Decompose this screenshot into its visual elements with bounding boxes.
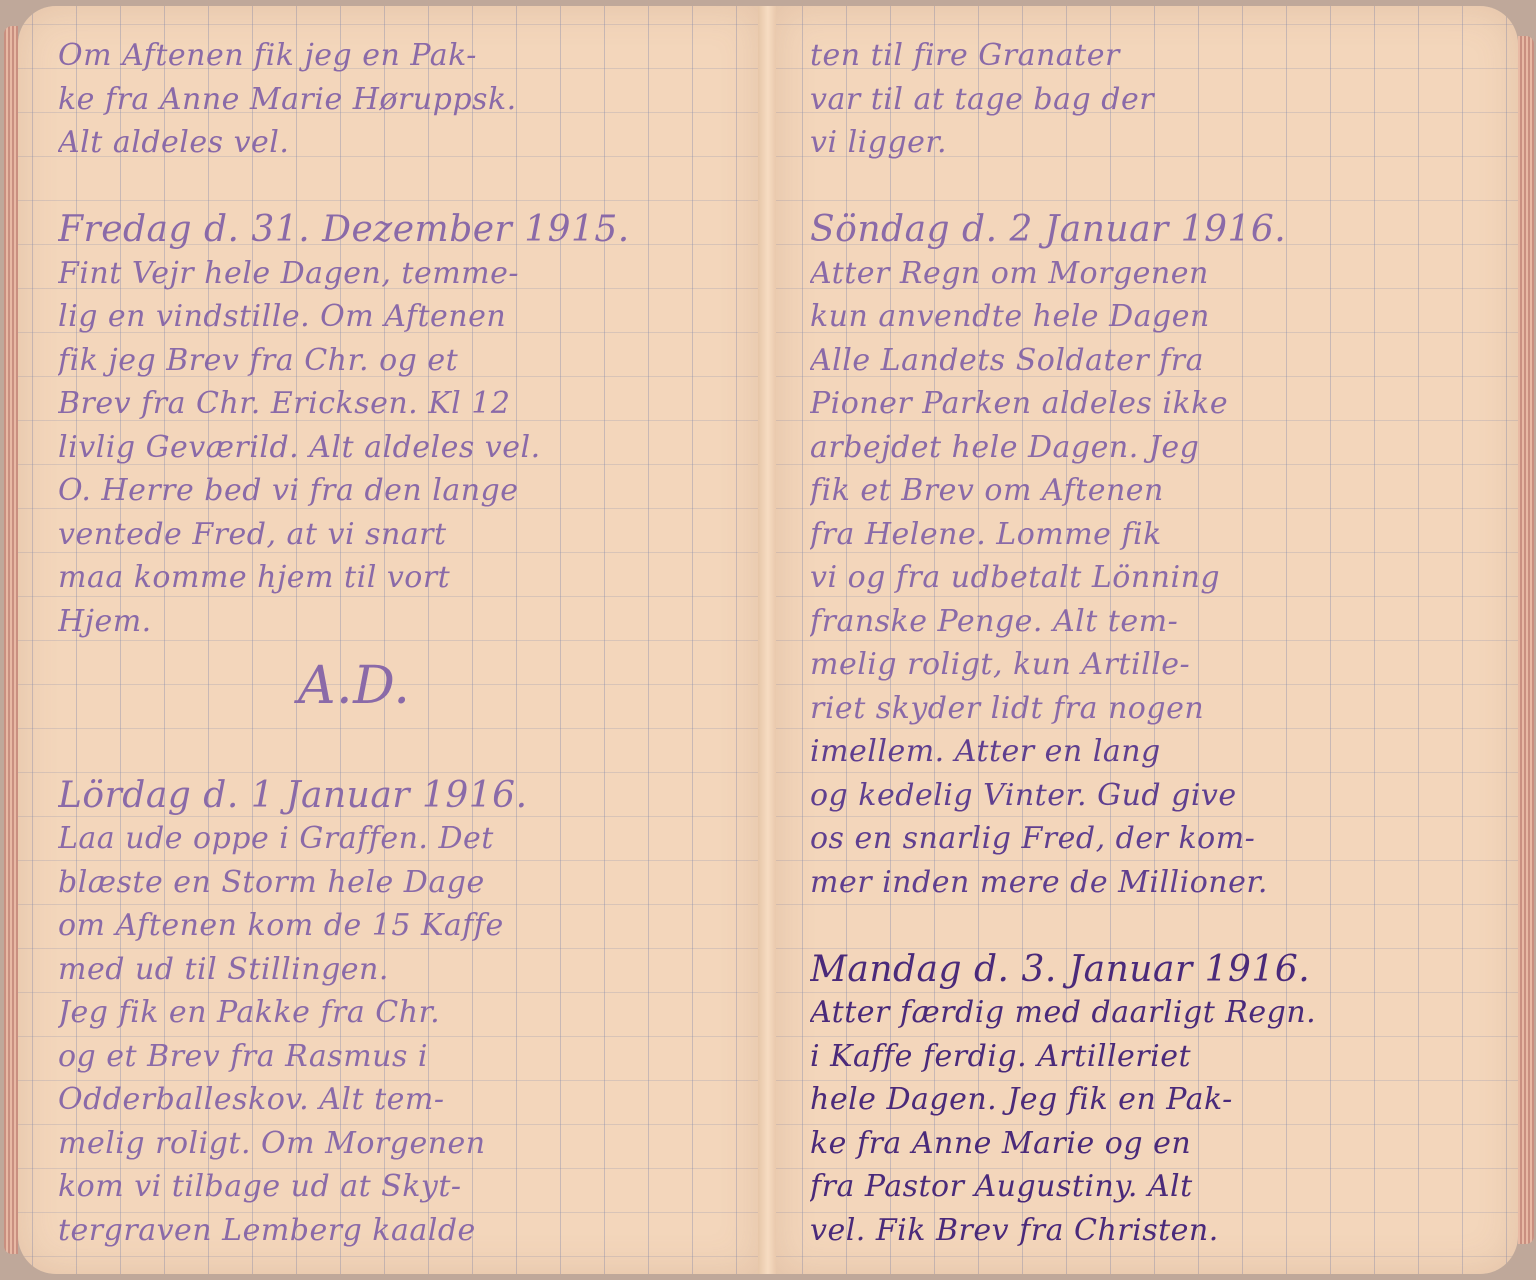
text-line: med ud til Stillingen. xyxy=(58,948,730,992)
text-line: Pioner Parken aldeles ikke xyxy=(810,382,1488,426)
text-line: var til at tage bag der xyxy=(810,78,1488,122)
text-line: livlig Geværild. Alt aldeles vel. xyxy=(58,426,730,470)
text-line: Odderballeskov. Alt tem- xyxy=(58,1078,730,1122)
text-line: og kedelig Vinter. Gud give xyxy=(810,774,1488,818)
spacer xyxy=(58,730,730,774)
text-line: fik jeg Brev fra Chr. og et xyxy=(58,339,730,383)
spacer xyxy=(810,904,1488,948)
text-line: melig roligt. Om Morgenen xyxy=(58,1122,730,1166)
text-line: O. Herre bed vi fra den lange xyxy=(58,469,730,513)
text-line: og et Brev fra Rasmus i xyxy=(58,1035,730,1079)
entry-heading-jan-1: Lördag d. 1 Januar 1916. xyxy=(58,774,730,818)
text-line: ten til fire Granater xyxy=(810,34,1488,78)
text-line: lig en vindstille. Om Aftenen xyxy=(58,295,730,339)
text-line: melig roligt, kun Artille- xyxy=(810,643,1488,687)
text-line: fra Pastor Augustiny. Alt xyxy=(810,1165,1488,1209)
text-line: ke fra Anne Marie og en xyxy=(810,1122,1488,1166)
text-line: blæste en Storm hele Dage xyxy=(58,861,730,905)
monogram-signature: A.D. xyxy=(58,643,730,730)
text-line: ke fra Anne Marie Høruppsk. xyxy=(58,78,730,122)
text-line: Laa ude oppe i Graffen. Det xyxy=(58,817,730,861)
entry-heading-dec-31: Fredag d. 31. Dezember 1915. xyxy=(58,208,730,252)
diary-spread: Om Aftenen fik jeg en Pak- ke fra Anne M… xyxy=(0,0,1536,1280)
entry-heading-jan-3: Mandag d. 3. Januar 1916. xyxy=(810,948,1488,992)
text-line: arbejdet hele Dagen. Jeg xyxy=(810,426,1488,470)
spacer xyxy=(58,165,730,209)
text-line: franske Penge. Alt tem- xyxy=(810,600,1488,644)
text-line: kom vi tilbage ud at Skyt- xyxy=(58,1165,730,1209)
text-line: Alt aldeles vel. xyxy=(58,121,730,165)
text-line: fra Helene. Lomme fik xyxy=(810,513,1488,557)
left-page-text: Om Aftenen fik jeg en Pak- ke fra Anne M… xyxy=(58,34,730,1252)
text-line: os en snarlig Fred, der kom- xyxy=(810,817,1488,861)
text-line: Hjem. xyxy=(58,600,730,644)
text-line: Jeg fik en Pakke fra Chr. xyxy=(58,991,730,1035)
text-line: Atter Regn om Morgenen xyxy=(810,252,1488,296)
text-line: kun anvendte hele Dagen xyxy=(810,295,1488,339)
entry-heading-jan-2: Söndag d. 2 Januar 1916. xyxy=(810,208,1488,252)
text-line: i Kaffe ferdig. Artilleriet xyxy=(810,1035,1488,1079)
spacer xyxy=(810,165,1488,209)
text-line: fik et Brev om Aftenen xyxy=(810,469,1488,513)
text-line: Om Aftenen fik jeg en Pak- xyxy=(58,34,730,78)
text-line: imellem. Atter en lang xyxy=(810,730,1488,774)
text-line: vi ligger. xyxy=(810,121,1488,165)
text-line: Atter færdig med daarligt Regn. xyxy=(810,991,1488,1035)
text-line: Fint Vejr hele Dagen, temme- xyxy=(58,252,730,296)
right-page-text: ten til fire Granater var til at tage ba… xyxy=(810,34,1488,1252)
text-line: vi og fra udbetalt Lönning xyxy=(810,556,1488,600)
text-line: riet skyder lidt fra nogen xyxy=(810,687,1488,731)
text-line: maa komme hjem til vort xyxy=(58,556,730,600)
text-line: vel. Fik Brev fra Christen. xyxy=(810,1209,1488,1253)
text-line: tergraven Lemberg kaalde xyxy=(58,1209,730,1253)
text-line: Alle Landets Soldater fra xyxy=(810,339,1488,383)
right-page: ten til fire Granater var til at tage ba… xyxy=(776,6,1518,1274)
text-line: hele Dagen. Jeg fik en Pak- xyxy=(810,1078,1488,1122)
text-line: ventede Fred, at vi snart xyxy=(58,513,730,557)
text-line: Brev fra Chr. Ericksen. Kl 12 xyxy=(58,382,730,426)
text-line: om Aftenen kom de 15 Kaffe xyxy=(58,904,730,948)
text-line: mer inden mere de Millioner. xyxy=(810,861,1488,905)
left-page: Om Aftenen fik jeg en Pak- ke fra Anne M… xyxy=(18,6,760,1274)
